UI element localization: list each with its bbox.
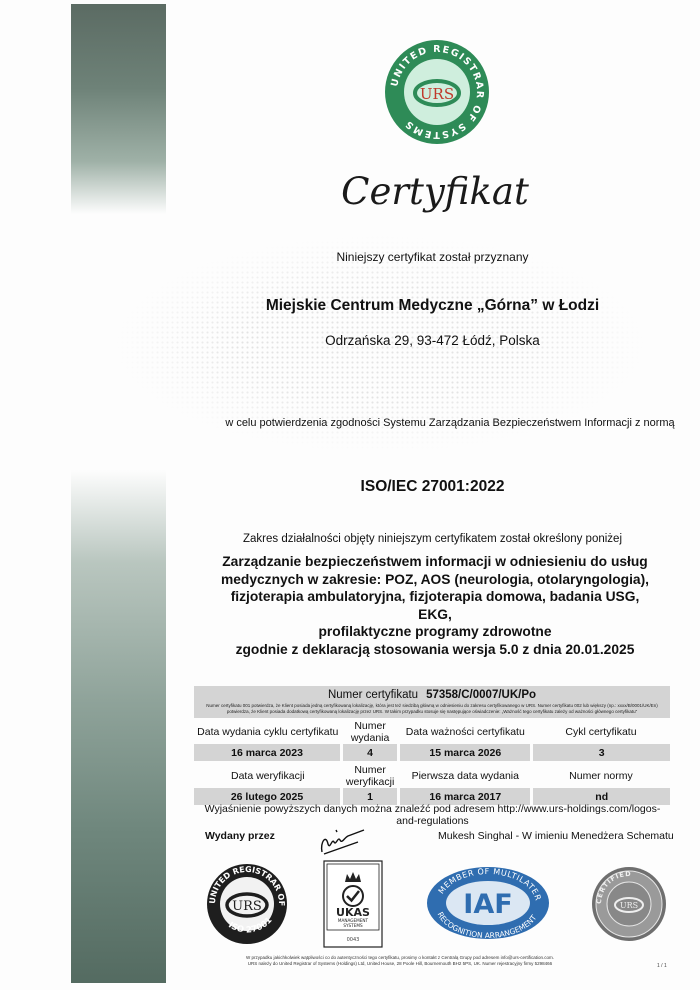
scope-line: medycznych w zakresie: POZ, AOS (neurolo… — [215, 571, 655, 589]
footer-disclaimer: W przypadku jakichkolwiek wątpliwości co… — [220, 955, 580, 967]
header-standard-number: Numer normy — [532, 764, 670, 788]
svg-text:SYSTEMS: SYSTEMS — [343, 923, 363, 928]
svg-text:URS: URS — [620, 901, 638, 910]
iaf-logo: MEMBER OF MULTILATERAL RECOGNITION ARRAN… — [426, 866, 550, 940]
certificate-fine-print: Numer certyfikatu 001 potwierdza, że Kli… — [194, 701, 670, 715]
certified-seal-logo: CERTIFIED URS — [591, 866, 667, 942]
organization-name: Miejskie Centrum Medyczne „Górna” w Łodz… — [195, 297, 670, 315]
signer-name: Mukesh Singhal - W imieniu Menedżera Sch… — [438, 830, 674, 842]
issued-by-label: Wydany przez — [205, 830, 275, 842]
header-verification-number: Numer weryfikacji — [342, 764, 399, 788]
value-cycle-issue-date: 16 marca 2023 — [194, 744, 342, 761]
standard-name: ISO/IEC 27001:2022 — [195, 478, 670, 496]
svg-text:0043: 0043 — [347, 937, 360, 943]
explanation-text: Wyjaśnienie powyższych danych można znal… — [195, 803, 670, 827]
header-cycle-issue-date: Data wydania cyklu certyfikatu — [194, 720, 342, 744]
scope-line: zgodnie z deklaracją stosowania wersja 5… — [215, 641, 655, 659]
value-expiry-date: 15 marca 2026 — [399, 744, 532, 761]
svg-text:IAF: IAF — [463, 889, 512, 920]
ukas-logo: UKAS MANAGEMENT SYSTEMS 0043 — [323, 860, 383, 948]
certificate-number-label: Numer certyfikatu — [328, 689, 418, 701]
page-number: 1 / 1 — [657, 963, 667, 969]
certificate-info-table: Data wydania cyklu certyfikatu Numer wyd… — [194, 720, 670, 805]
urs-seal-logo: UNITED REGISTRAR OF SYSTEMS URS — [383, 38, 491, 146]
header-issue-number: Numer wydania — [342, 720, 399, 744]
urs-iso27001-logo: UNITED REGISTRAR OF SYSTEMS ISO 27001 UR… — [202, 862, 292, 944]
svg-text:URS: URS — [232, 899, 262, 914]
value-certificate-cycle: 3 — [532, 744, 670, 761]
header-expiry-date: Data ważności certyfikatu — [399, 720, 532, 744]
header-certificate-cycle: Cykl certyfikatu — [532, 720, 670, 744]
scope-line: fizjoterapia ambulatoryjna, fizjoterapia… — [215, 588, 655, 623]
scope-intro: Zakres działalności objęty niniejszym ce… — [195, 533, 670, 545]
scope-line: profilaktyczne programy zdrowotne — [215, 623, 655, 641]
header-first-issue-date: Pierwsza data wydania — [399, 764, 532, 788]
purpose-text: w celu potwierdzenia zgodności Systemu Z… — [225, 417, 675, 429]
decorative-band-bottom — [71, 470, 166, 983]
signature — [318, 822, 368, 858]
footer-line-2: URS należy do United Registrar of System… — [220, 961, 580, 967]
certificate-number-value: 57358/C/0007/UK/Po — [426, 689, 536, 701]
world-map-watermark — [60, 200, 700, 520]
certificate-title: Certyfikat — [300, 170, 570, 213]
svg-text:URS: URS — [420, 85, 454, 103]
scope-line: Zarządzanie bezpieczeństwem informacji w… — [215, 553, 655, 571]
organization-address: Odrzańska 29, 93-472 Łódź, Polska — [195, 333, 670, 348]
decorative-band-top — [71, 4, 166, 214]
certificate-number-bar: Numer certyfikatu57358/C/0007/UK/Po Nume… — [194, 686, 670, 718]
header-verification-date: Data weryfikacji — [194, 764, 342, 788]
scope-text: Zarządzanie bezpieczeństwem informacji w… — [215, 553, 655, 658]
value-issue-number: 4 — [342, 744, 399, 761]
granted-text: Niniejszy certyfikat został przyznany — [195, 250, 670, 264]
